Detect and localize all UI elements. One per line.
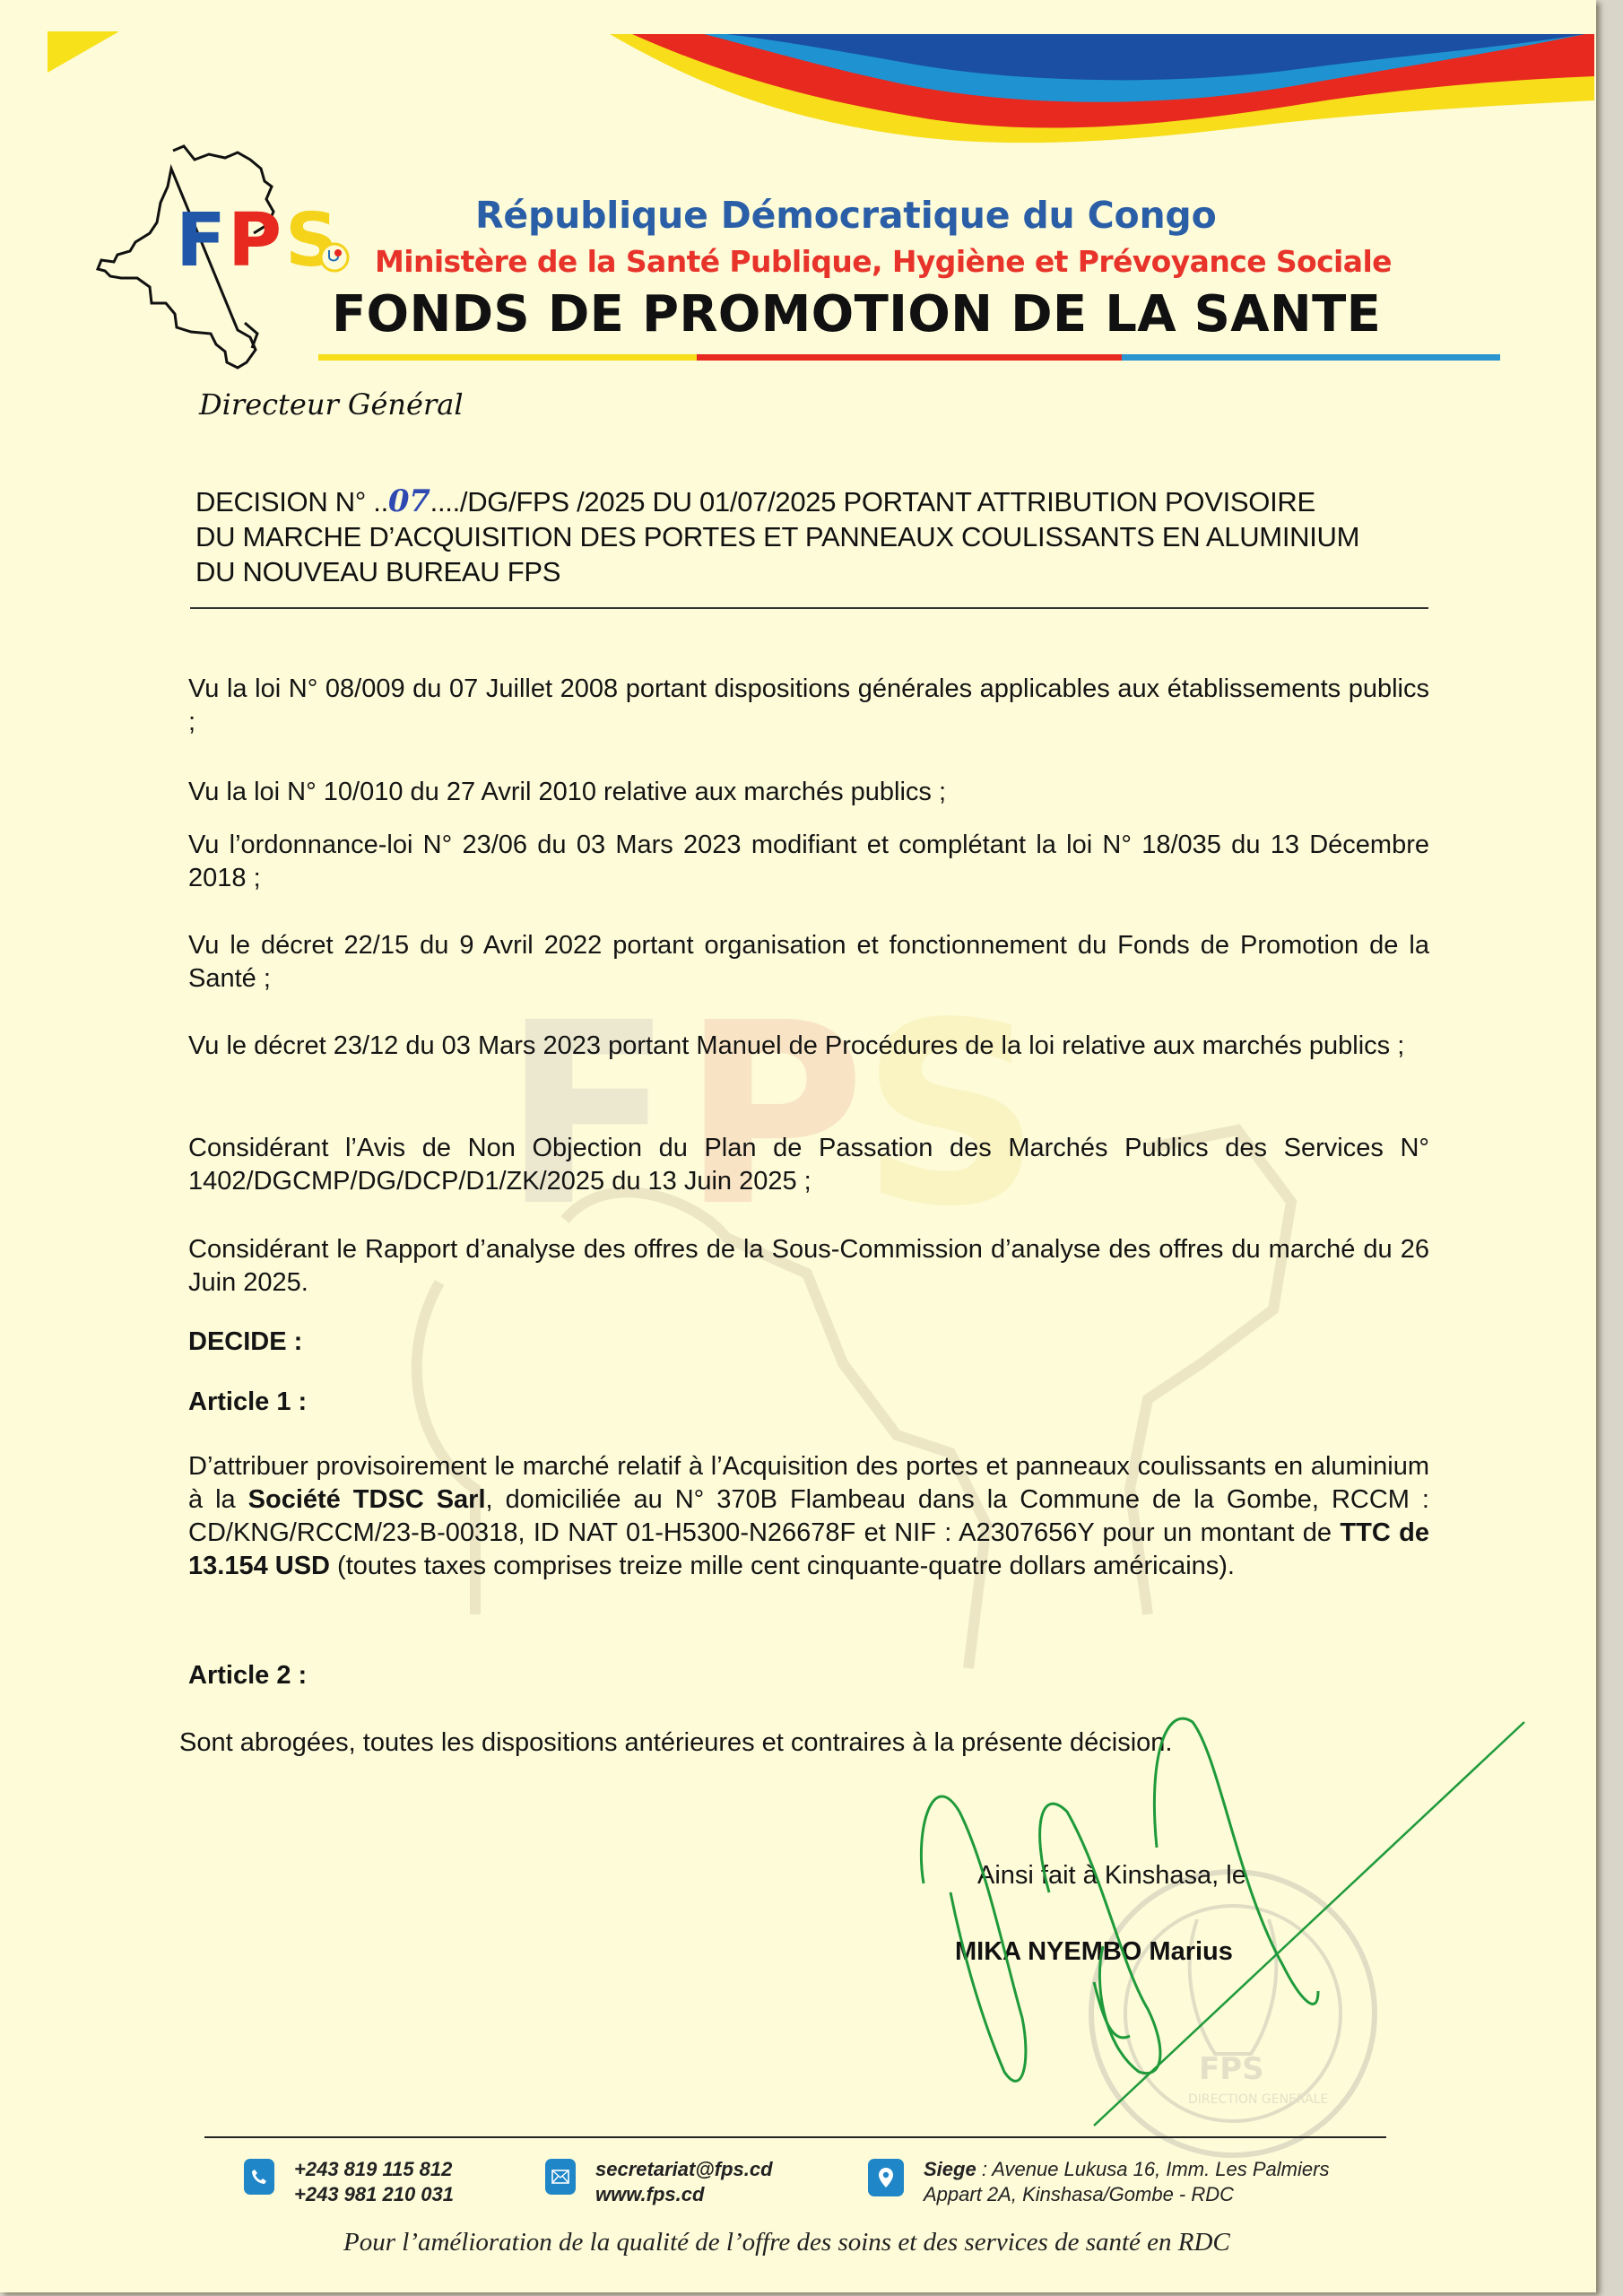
yellow-corner-decoration (48, 31, 121, 73)
consideration-6: Considérant l’Avis de Non Objection du P… (188, 1132, 1429, 1198)
decide-heading: DECIDE : (188, 1326, 302, 1359)
document-page: F P S République Démocratique du Congo M… (0, 0, 1596, 2292)
phone-number-2[interactable]: +243 981 210 031 (294, 2182, 454, 2207)
article-1-text: D’attribuer provisoirement le marché rel… (188, 1450, 1429, 1583)
location-pin-icon (868, 2159, 904, 2196)
consideration-2: Vu la loi N° 10/010 du 27 Avril 2010 rel… (188, 776, 1429, 809)
article-1-heading: Article 1 : (188, 1386, 307, 1419)
handwritten-signature (897, 1686, 1542, 2152)
phone-number-1[interactable]: +243 819 115 812 (294, 2157, 454, 2182)
consideration-4: Vu le décret 22/15 du 9 Avril 2022 porta… (188, 929, 1429, 996)
consideration-5: Vu le décret 23/12 du 03 Mars 2023 porta… (188, 1030, 1429, 1063)
mail-icon (545, 2159, 576, 2195)
address-line-1: Siege : Avenue Lukusa 16, Imm. Les Palmi… (924, 2157, 1329, 2182)
website-link[interactable]: www.fps.cd (595, 2182, 773, 2207)
footer-phone: +243 819 115 812 +243 981 210 031 (244, 2157, 454, 2207)
consideration-3: Vu l’ordonnance-loi N° 23/06 du 03 Mars … (188, 829, 1429, 895)
footer-contact: secretariat@fps.cd www.fps.cd (545, 2157, 773, 2207)
address-line-2: Appart 2A, Kinshasa/Gombe - RDC (924, 2182, 1329, 2207)
consideration-7: Considérant le Rapport d’analyse des off… (188, 1233, 1429, 1300)
footer-tagline: Pour l’amélioration de la qualité de l’o… (343, 2228, 1230, 2257)
article-2-heading: Article 2 : (188, 1659, 307, 1692)
consideration-1: Vu la loi N° 08/009 du 07 Juillet 2008 p… (188, 673, 1429, 739)
email-link[interactable]: secretariat@fps.cd (595, 2157, 773, 2182)
company-name: Société TDSC Sarl (248, 1485, 486, 1514)
footer-address: Siege : Avenue Lukusa 16, Imm. Les Palmi… (868, 2157, 1329, 2207)
phone-icon (244, 2159, 274, 2195)
footer-divider (204, 2136, 1386, 2138)
